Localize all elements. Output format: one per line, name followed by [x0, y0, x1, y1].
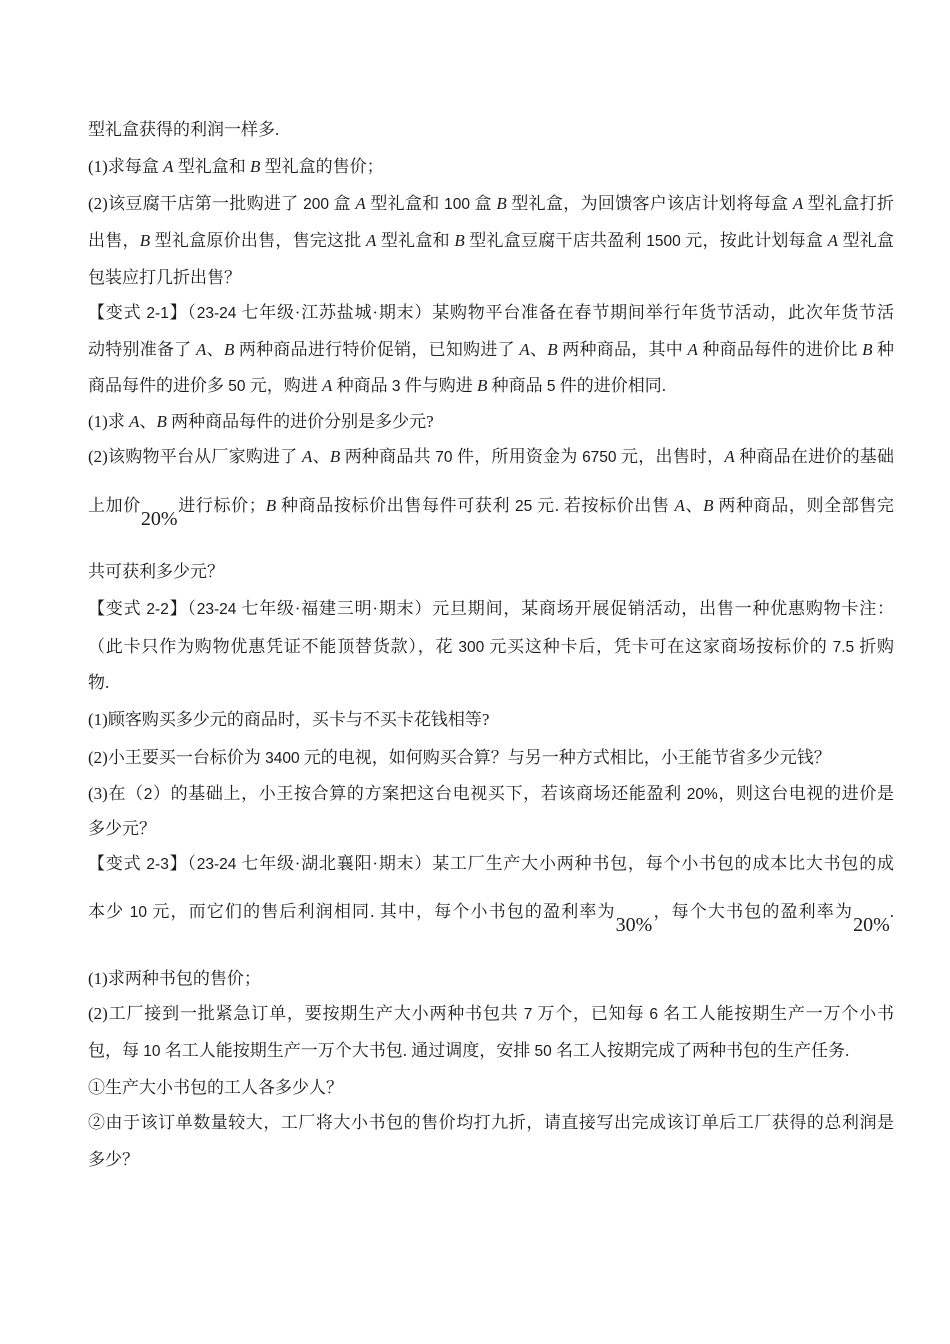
text-line: 商品每件的进价多 50 元，购进 A 种商品 3 件与购进 B 种商品 5 件的… — [88, 375, 894, 398]
number: 200 — [303, 196, 329, 213]
text-run: (3)在（ — [88, 784, 144, 803]
math-variable: A — [366, 231, 376, 250]
text-run: 】（ — [169, 303, 197, 322]
math-variable: B — [862, 340, 872, 359]
text-run: 、 — [685, 496, 703, 515]
math-variable: B — [454, 231, 464, 250]
text-run: 元，购进 — [246, 376, 323, 395]
text-run: 种 — [873, 340, 895, 359]
number: 3400 — [265, 750, 299, 767]
text-run: 件的进价相同. — [556, 376, 667, 395]
number: 50 — [228, 378, 245, 395]
text-run: 两种商品共 — [340, 447, 435, 466]
text-line: (2)该豆腐干店第一批购进了 200 盒 A 型礼盒和 100 盒 B 型礼盒，… — [88, 193, 894, 216]
number: 23-24 — [197, 601, 237, 618]
text-run: 型礼盒 — [838, 231, 894, 250]
math-variable: B — [330, 447, 340, 466]
text-line: 本少 10 元，而它们的售后利润相同. 其中，每个小书包的盈利率为30%，每个大… — [88, 901, 894, 924]
text-line: ②由于该订单数量较大，工厂将大小书包的售价均打九折，请直接写出完成该订单后工厂获… — [88, 1112, 894, 1134]
text-run: (2)工厂接到一批紧急订单，要按期生产大小两种书包共 — [88, 1004, 524, 1023]
text-run: 进行标价； — [178, 496, 266, 515]
text-run: 名工人能按期生产一万个小书 — [658, 1004, 894, 1023]
math-variable: A — [355, 194, 365, 213]
number: 100 — [444, 196, 470, 213]
text-run: （此卡只作为购物优惠凭证不能顶替货款），花 — [88, 637, 458, 656]
math-variable: A — [687, 340, 697, 359]
text-run: 元的电视，如何购买合算？与另一种方式相比，小王能节省多少元钱？ — [300, 748, 831, 767]
text-run: 件，所用资金为 — [453, 447, 583, 466]
number: 25 — [515, 498, 532, 515]
math-variable: B — [477, 376, 487, 395]
number: 1500 — [646, 233, 680, 250]
math-variable: B — [156, 412, 166, 431]
text-run: 【变式 — [88, 599, 146, 618]
text-run: 种商品每件的进价比 — [698, 340, 862, 359]
text-run: 七年级·福建三明·期末）元旦期间，某商场开展促销活动，出售一种优惠购物卡注： — [236, 599, 894, 618]
math-variable: B — [224, 340, 234, 359]
math-variable: A — [196, 340, 206, 359]
text-run: 、 — [312, 447, 329, 466]
text-run: 名工人按期完成了两种书包的生产任务. — [552, 1041, 850, 1060]
number: 5 — [547, 378, 556, 395]
text-line: (1)求 A、B 两种商品每件的进价分别是多少元? — [88, 411, 894, 433]
text-line: 物. — [88, 672, 894, 694]
math-variable: B — [703, 496, 713, 515]
text-run: 种商品 — [487, 376, 547, 395]
text-run: (1)求 — [88, 412, 129, 431]
math-variable: A — [828, 231, 838, 250]
text-run: 万个，已知每 — [532, 1004, 649, 1023]
number: 10 — [143, 1043, 160, 1060]
text-line: (1)顾客购买多少元的商品时，买卡与不买卡花钱相等? — [88, 709, 894, 731]
math-variable: B — [496, 194, 506, 213]
text-run: (2)该豆腐干店第一批购进了 — [88, 194, 303, 213]
text-line: (2)小王要买一台标价为 3400 元的电视，如何购买合算？与另一种方式相比，小… — [88, 747, 894, 770]
text-run: ）的基础上，小王按合算的方案把这台电视买下，若该商场还能盈利 — [152, 784, 686, 803]
text-run: 型礼盒获得的利润一样多. — [88, 120, 279, 139]
math-variable: B — [547, 340, 557, 359]
text-run: 元，出售时， — [617, 447, 725, 466]
math-variable: B — [250, 157, 260, 176]
text-run: ②由于该订单数量较大，工厂将大小书包的售价均打九折，请直接写出完成该订单后工厂获… — [88, 1113, 894, 1132]
number: 10 — [130, 904, 147, 921]
text-run: 两种商品每件的进价分别是多少元? — [167, 412, 434, 431]
number: 2-3 — [146, 856, 168, 873]
text-line: 【变式 2-1】（23-24 七年级·江苏盐城·期末）某购物平台准备在春节期间举… — [88, 302, 894, 325]
text-run: 上加价 — [88, 496, 141, 515]
text-run: 两种商品，其中 — [558, 340, 688, 359]
number: 23-24 — [197, 305, 237, 322]
text-run: 盒 — [470, 194, 496, 213]
text-run: 两种商品进行特价促销，已知购进了 — [234, 340, 519, 359]
math-variable: A — [302, 447, 312, 466]
text-run: 共可获利多少元？ — [88, 562, 224, 581]
math-variable: A — [129, 412, 139, 431]
text-run: 种商品 — [332, 376, 392, 395]
text-run: 动特别准备了 — [88, 340, 196, 359]
text-run: 型礼盒和 — [366, 194, 444, 213]
text-run: (2)小王要买一台标价为 — [88, 748, 265, 767]
text-line: (3)在（2）的基础上，小王按合算的方案把这台电视买下，若该商场还能盈利 20%… — [88, 783, 894, 806]
text-line: 【变式 2-2】（23-24 七年级·福建三明·期末）元旦期间，某商场开展促销活… — [88, 598, 894, 621]
math-variable: A — [793, 194, 803, 213]
text-run: (1)求每盒 — [88, 157, 163, 176]
text-run: 折购 — [854, 637, 894, 656]
math-variable: A — [519, 340, 529, 359]
text-run: 型礼盒的售价； — [260, 157, 383, 176]
text-run: 】（ — [169, 854, 197, 873]
text-run: 【变式 — [88, 303, 146, 322]
text-run: 本少 — [88, 902, 130, 921]
text-run: 【变式 — [88, 854, 146, 873]
text-run: 、 — [206, 340, 224, 359]
text-run: 出售， — [88, 231, 140, 250]
text-run: 种商品按标价出售每件可获利 — [276, 496, 515, 515]
number: 300 — [458, 639, 484, 656]
math-variable: A — [322, 376, 332, 395]
lowered-formula: 20% — [141, 509, 178, 529]
text-run: ，每个大书包的盈利率为 — [652, 902, 853, 921]
text-run: ，则这台电视的进价是 — [718, 784, 894, 803]
lowered-formula: 30% — [616, 915, 653, 935]
text-run: 物. — [88, 673, 109, 692]
number: 7.5 — [833, 639, 855, 656]
text-run: ①生产大小书包的工人各多少人？ — [88, 1078, 343, 1097]
text-run: 盒 — [329, 194, 355, 213]
text-run: 型礼盒和 — [376, 231, 454, 250]
text-run: 包，每 — [88, 1041, 143, 1060]
text-run: 多少？ — [88, 1150, 139, 1169]
text-run: 元买这种卡后，凭卡可在这家商场按标价的 — [484, 637, 832, 656]
text-line: 多少元？ — [88, 818, 894, 840]
text-line: 共可获利多少元？ — [88, 561, 894, 583]
text-run: 型礼盒原价出售，售完这批 — [150, 231, 366, 250]
text-run: 包装应打几折出售？ — [88, 268, 241, 287]
number: 2-1 — [146, 305, 168, 322]
text-line: 出售，B 型礼盒原价出售，售完这批 A 型礼盒和 B 型礼盒豆腐干店共盈利 15… — [88, 230, 894, 253]
text-line: (1)求每盒 A 型礼盒和 B 型礼盒的售价； — [88, 156, 894, 178]
lowered-formula: 20% — [853, 915, 890, 935]
math-variable: A — [724, 447, 734, 466]
text-run: 】（ — [169, 599, 197, 618]
text-run: 元. 若按标价出售 — [532, 496, 674, 515]
number: 2-2 — [146, 601, 168, 618]
text-run: 种商品在进价的基础 — [735, 447, 894, 466]
text-run: 元，而它们的售后利润相同. 其中，每个小书包的盈利率为 — [147, 902, 616, 921]
text-run: . — [890, 902, 894, 921]
text-run: 两种商品，则全部售完 — [714, 496, 895, 515]
text-line: (2)该购物平台从厂家购进了 A、B 两种商品共 70 件，所用资金为 6750… — [88, 446, 894, 469]
number: 20% — [687, 786, 718, 803]
document-text: 型礼盒获得的利润一样多.(1)求每盒 A 型礼盒和 B 型礼盒的售价；(2)该豆… — [0, 0, 950, 1344]
text-run: 型礼盒，为回馈客户该店计划将每盒 — [507, 194, 793, 213]
text-run: 型礼盒和 — [173, 157, 250, 176]
number: 6750 — [582, 449, 616, 466]
text-line: (2)工厂接到一批紧急订单，要按期生产大小两种书包共 7 万个，已知每 6 名工… — [88, 1003, 894, 1026]
text-line: (1)求两种书包的售价； — [88, 968, 894, 990]
math-variable: B — [266, 496, 276, 515]
text-run: 商品每件的进价多 — [88, 376, 228, 395]
text-line: 包装应打几折出售？ — [88, 267, 894, 289]
text-run: 七年级·湖北襄阳·期末）某工厂生产大小两种书包，每个小书包的成本比大书包的成 — [236, 854, 894, 873]
math-variable: B — [140, 231, 150, 250]
text-run: 多少元？ — [88, 819, 156, 838]
text-run: (1)求两种书包的售价； — [88, 969, 261, 988]
math-variable: A — [163, 157, 173, 176]
number: 50 — [535, 1043, 552, 1060]
text-line: 动特别准备了 A、B 两种商品进行特价促销，已知购进了 A、B 两种商品，其中 … — [88, 339, 894, 361]
text-run: 型礼盒打折 — [803, 194, 894, 213]
text-run: 、 — [139, 412, 156, 431]
text-run: 七年级·江苏盐城·期末）某购物平台准备在春节期间举行年货节活动，此次年货节活 — [236, 303, 894, 322]
text-line: ①生产大小书包的工人各多少人？ — [88, 1077, 894, 1099]
text-run: 、 — [530, 340, 548, 359]
text-line: 上加价20%进行标价；B 种商品按标价出售每件可获利 25 元. 若按标价出售 … — [88, 495, 894, 518]
text-line: 【变式 2-3】（23-24 七年级·湖北襄阳·期末）某工厂生产大小两种书包，每… — [88, 853, 894, 876]
number: 3 — [392, 378, 401, 395]
text-run: 件与购进 — [401, 376, 478, 395]
number: 6 — [649, 1006, 658, 1023]
number: 23-24 — [197, 856, 237, 873]
text-run: (1)顾客购买多少元的商品时，买卡与不买卡花钱相等? — [88, 710, 489, 729]
text-line: （此卡只作为购物优惠凭证不能顶替货款），花 300 元买这种卡后，凭卡可在这家商… — [88, 636, 894, 659]
text-run: 型礼盒豆腐干店共盈利 — [465, 231, 646, 250]
number: 70 — [435, 449, 452, 466]
text-run: 元，按此计划每盒 — [681, 231, 828, 250]
document-page: 型礼盒获得的利润一样多.(1)求每盒 A 型礼盒和 B 型礼盒的售价；(2)该豆… — [0, 0, 950, 1344]
text-run: 名工人能按期生产一万个大书包. 通过调度，安排 — [161, 1041, 535, 1060]
text-line: 型礼盒获得的利润一样多. — [88, 119, 894, 141]
math-variable: A — [675, 496, 685, 515]
text-line: 多少？ — [88, 1149, 894, 1171]
text-run: (2)该购物平台从厂家购进了 — [88, 447, 302, 466]
text-line: 包，每 10 名工人能按期生产一万个大书包. 通过调度，安排 50 名工人按期完… — [88, 1040, 894, 1063]
